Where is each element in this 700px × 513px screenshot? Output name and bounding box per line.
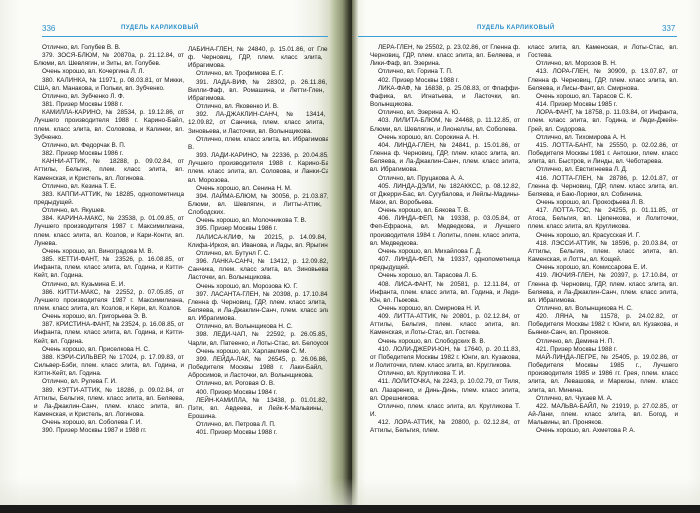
entry-paragraph: 411. ЛОЛИТОЧКА, № 2243, р. 10.02.79, от …	[370, 378, 520, 402]
entry-paragraph: Отлично, вл. Зубченко Л. Ф.	[34, 93, 184, 101]
entry-paragraph: Отлично, вл. Пруцакова А. А.	[370, 175, 520, 183]
entry-paragraph: МАЙ-ЛИНДА-ЛЕГРЕ, № 25405, р. 19.02.86, о…	[528, 354, 678, 395]
entry-paragraph: 397. ЛАСАНТА-ГЛЕН, № 20398, р. 17.10.84,…	[188, 291, 334, 324]
entry-paragraph: Очень хорошо, вл. Морозова Ю. Г.	[188, 283, 334, 291]
entry-paragraph: Отлично, вл. Демина Н. П.	[528, 338, 678, 346]
entry-paragraph: КАННИ-АТТИК, № 18288, р. 09.02.84, от Ат…	[34, 158, 184, 182]
entry-paragraph: 406. ЛИНДА-ФЕП, № 19338, р. 03.05.84, от…	[370, 215, 520, 248]
entry-paragraph: ЛАЛИСА-КЛИФ, № 20215, р. 14.09.84, от Кл…	[188, 234, 334, 250]
entry-paragraph: КАМИЛЛА-КАРИНО, № 28534, р. 19.12.86, от…	[34, 109, 184, 142]
left-running-header: 336 ПУДЕЛЬ КАРЛИКОВЫЙ	[0, 24, 334, 36]
entry-paragraph: 396. ЛАНКА-САНЧ, № 13412, р. 12.09.82, о…	[188, 258, 334, 282]
entry-paragraph: 412. ЛОРА-АТТИК, № 20800, р. 02.12.84, о…	[370, 419, 520, 435]
entry-paragraph: 392. ЛА-ДЖАКЛИН-САНЧ, № 13414, р. 12.09.…	[188, 111, 334, 135]
entry-paragraph: Очень хорошо, вл. Виноградова М. В.	[34, 248, 184, 256]
entry-paragraph: 387. КРИСТИНА-ФАНТ, № 23524, р. 16.08.85…	[34, 321, 184, 345]
entry-paragraph: Очень хорошо, вл. Приселкова Н. С.	[34, 346, 184, 354]
entry-paragraph: Очень хорошо, вл. Бякова Т. В.	[370, 207, 520, 215]
entry-paragraph: Отлично, вл. Морозов В. Н.	[528, 60, 678, 68]
entry-paragraph: 407. ЛИНДА-ФЕП, № 19337, однопометница п…	[370, 256, 520, 272]
entry-paragraph: Очень хорошо, вл. Сенина Н. М.	[188, 185, 334, 193]
entry-paragraph: ЛАБИНА-ГЛЕН, № 24840, р. 15.01.86, от Гл…	[188, 46, 334, 70]
book-gutter	[328, 0, 354, 505]
entry-paragraph: 408. ЛИСА-ФАНТ, № 20581, р. 12.11.84, от…	[370, 281, 520, 305]
entry-paragraph: ЛИКА-ФАФ, № 16838, р. 25.08.83, от Флафф…	[370, 85, 520, 109]
entry-paragraph: Отлично, вл. Волынщикова Н. С.	[528, 305, 678, 313]
entry-paragraph: 390. Призер Москвы 1987 и 1988 гг.	[34, 427, 184, 435]
entry-paragraph: 415. ЛОТТА-БАНТ, № 25550, р. 02.02.86, о…	[528, 142, 678, 166]
entry-paragraph: 379. ЗОСЯ-БЛЮМ, № 20870а, р. 21.12.84, о…	[34, 52, 184, 68]
entry-paragraph: Очень хорошо, вл. Кочергина Л. Л.	[34, 68, 184, 76]
entry-paragraph: Отлично, вл. Кузьмина Е. И.	[34, 281, 184, 289]
entry-paragraph: класс элита, вл. Каменская, и Лоты-Стас,…	[528, 44, 678, 60]
entry-paragraph: Очень хорошо, вл. Слободских В. В.	[370, 338, 520, 346]
entry-paragraph: Отлично, вл. Кругликова Т. И.	[370, 370, 520, 378]
entry-paragraph: Очень хорошо, вл. Михайлова Г. Д.	[370, 248, 520, 256]
entry-paragraph: ЛОРА-ФАНТ, № 18758, р. 11.03.84, от Инфа…	[528, 109, 678, 133]
book-spread: 336 ПУДЕЛЬ КАРЛИКОВЫЙ Отлично, вл. Голуб…	[0, 0, 700, 505]
entry-paragraph: Отлично, вл. Кезина Т. Е.	[34, 183, 184, 191]
left-page-column-1: Отлично, вл. Голубев В. В.379. ЗОСЯ-БЛЮМ…	[34, 44, 184, 436]
entry-paragraph: Отлично, вл. Роговая О. В.	[188, 380, 334, 388]
entry-paragraph: 417. ЛОТТА-ТОС, № 24255, р. 01.11.85, от…	[528, 207, 678, 231]
entry-paragraph: 414. Призер Москвы 1985 г.	[528, 101, 678, 109]
entry-paragraph: 398. ЛЕДИ-ЧАП, № 22592, р. 26.05.85, от …	[188, 331, 334, 347]
entry-paragraph: 405. ЛИНДА-ДЭЛИ, № 182АККСС, р. 08.12.82…	[370, 183, 520, 207]
entry-paragraph: Отлично, вл. Горина Т. П.	[370, 68, 520, 76]
entry-paragraph: 391. ЛАДА-ВИФ, № 28302, р. 26.11.86, от …	[188, 79, 334, 103]
entry-paragraph: 389. КЭТТИ-АТТИК, № 18286, р. 09.02.84, …	[34, 387, 184, 420]
entry-paragraph: Отлично, вл. Петрова Л. П.	[188, 421, 334, 429]
entry-paragraph: Очень хорошо, вл. Ахметова Р. А.	[528, 427, 678, 435]
entry-paragraph: 385. КЕТТИ-ФАНТ, № 23526, р. 16.08.85, о…	[34, 256, 184, 280]
entry-paragraph: 400. Призер Москвы 1984 г.	[188, 389, 334, 397]
entry-paragraph: Отлично, вл. Яковенко И. В.	[188, 103, 334, 111]
entry-paragraph: Отлично, вл. Эзерина А. Ю.	[370, 109, 520, 117]
entry-paragraph: 410. ЛОЛИ-ДЖЕРИ-ЮН, № 17640, р. 20.11.83…	[370, 346, 520, 370]
header-rule	[357, 36, 677, 37]
entry-paragraph: 409. ЛИТТА-АТТИК, № 20801, р. 02.12.84, …	[370, 313, 520, 337]
entry-paragraph: Очень хорошо, вл. Красусская И. Г.	[528, 232, 678, 240]
entry-paragraph: Очень хорошо, вл. Смирнова Н. И.	[370, 305, 520, 313]
entry-paragraph: Отлично, вл. Голубев В. В.	[34, 44, 184, 52]
entry-paragraph: 383. КАППИ-АТТИК, № 18285, однопометница…	[34, 191, 184, 207]
entry-paragraph: Очень хорошо, вл. Сорокина А. Н.	[370, 134, 520, 142]
entry-paragraph: Очень хорошо, вл. Тарасова Л. Б.	[370, 272, 520, 280]
page-number: 336	[42, 24, 55, 33]
page-bottom-shading	[0, 478, 700, 505]
entry-paragraph: 404. ЛИНДА-ГЛЕН, № 24841, р. 15.01.86, о…	[370, 142, 520, 175]
left-page: 336 ПУДЕЛЬ КАРЛИКОВЫЙ Отлично, вл. Голуб…	[0, 0, 334, 505]
entry-paragraph: 393. ЛАДИ-КАРИНО, № 22336, р. 20.04.85, …	[188, 152, 334, 185]
entry-paragraph: 422. МАЛЬВА-БАЙЛ, № 21919, р. 27.02.85, …	[528, 403, 678, 427]
entry-paragraph: Отлично, вл. Федорчак В. П.	[34, 142, 184, 150]
entry-paragraph: Отлично, плем. класс элита, вл. Круглико…	[370, 403, 520, 419]
entry-paragraph: 380. КАЛИНКА, № 11971, р. 08.03.81, от М…	[34, 77, 184, 93]
right-running-header: ПУДЕЛЬ КАРЛИКОВЫЙ 337	[352, 24, 700, 36]
right-page-column-1: ЛЕРА-ГЛЕН, № 25502, р. 23.02.86, от Глен…	[370, 44, 520, 436]
entry-paragraph: Отлично, плем. класс элита, вл. Ибрагимо…	[188, 136, 334, 152]
gutter-edge	[352, 0, 358, 505]
entry-paragraph: Очень хорошо, вл. Прокофьева Л. В.	[528, 199, 678, 207]
right-page-column-2: класс элита, вл. Каменская, и Лоты-Стас,…	[528, 44, 678, 436]
entry-paragraph: 394. ЛАЙМА-БЛЮМ, № 30056, р. 21.03.87, о…	[188, 193, 334, 217]
entry-paragraph: Отлично, вл. Волынщикова Н. С.	[188, 323, 334, 331]
entry-paragraph: 395. Призер Москвы 1986 г.	[188, 225, 334, 233]
entry-paragraph: 401. Призер Москвы 1988 г.	[188, 429, 334, 437]
entry-paragraph: Отлично, вл. Трофимова Е. Г.	[188, 70, 334, 78]
entry-paragraph: 413. ЛОРА-ГЛЕН, № 30909, р. 13.07.87, от…	[528, 68, 678, 92]
entry-paragraph: 420. ЛЯНА, № 11578, р. 24.02.82, от Побе…	[528, 313, 678, 337]
entry-paragraph: Отлично, вл. Бутунл Г. С.	[188, 250, 334, 258]
entry-paragraph: 382. Призер Москвы 1986 г.	[34, 150, 184, 158]
entry-paragraph: 384. КАРИНА-МАКС, № 23538, р. 01.09.85, …	[34, 215, 184, 248]
entry-paragraph: Отлично, вл. Рулева Г. И.	[34, 378, 184, 386]
entry-paragraph: 419. ЛЮЧИЯ-ГЛЕН, № 20397, р. 17.10.84, о…	[528, 272, 678, 305]
entry-paragraph: Отлично, вл. Чукаев М. А.	[528, 395, 678, 403]
entry-paragraph: 403. ЛИЛИТА-БЛЮМ, № 24468, р. 11.12.85, …	[370, 117, 520, 133]
entry-paragraph: 386. КИТТИ-МАКС, № 22552, р. 07.05.85, о…	[34, 289, 184, 313]
entry-paragraph: ЛЕЙН-КАМИЛЛА, № 13438, р. 01.01.82, от П…	[188, 397, 334, 421]
right-page: ПУДЕЛЬ КАРЛИКОВЫЙ 337 ЛЕРА-ГЛЕН, № 25502…	[352, 0, 700, 505]
entry-paragraph: Отлично, вл. Евстигнеева Л. Д.	[528, 166, 678, 174]
entry-paragraph: Очень хорошо, вл. Комиссарова Е. И.	[528, 264, 678, 272]
header-rule	[42, 36, 332, 37]
entry-paragraph: Очень хорошо, вл. Григорьева Э. В.	[34, 313, 184, 321]
entry-paragraph: 381. Призер Москвы 1988 г.	[34, 101, 184, 109]
entry-paragraph: Отлично, вл. Якушев.	[34, 207, 184, 215]
entry-paragraph: 399. ЛЕЙДА-ЛАК, № 26545, р. 26.06.86, от…	[188, 356, 334, 380]
entry-paragraph: 402. Призер Москвы 1988 г.	[370, 77, 520, 85]
entry-paragraph: Очень хорошо, вл. Харламлиев С. М.	[188, 348, 334, 356]
entry-paragraph: 421. Призер Москвы 1988 г.	[528, 346, 678, 354]
entry-paragraph: Очень хорошо, вл. Соболева Г. И.	[34, 419, 184, 427]
running-head-title: ПУДЕЛЬ КАРЛИКОВЫЙ	[121, 25, 199, 31]
left-page-column-2: ЛАБИНА-ГЛЕН, № 24840, р. 15.01.86, от Гл…	[188, 46, 334, 438]
entry-paragraph: 418. ЛЭССИ-АТТИК, № 18596, р. 20.03.84, …	[528, 240, 678, 264]
entry-paragraph: Очень хорошо, вл. Молочникова Т. В.	[188, 217, 334, 225]
entry-paragraph: Отлично, вл. Тихомирова А. Н.	[528, 134, 678, 142]
entry-paragraph: ЛЕРА-ГЛЕН, № 25502, р. 23.02.86, от Глен…	[370, 44, 520, 68]
entry-paragraph: Очень хорошо, вл. Тарасов С. К.	[528, 93, 678, 101]
running-head-title: ПУДЕЛЬ КАРЛИКОВЫЙ	[477, 25, 555, 31]
entry-paragraph: 388. КЭРИ-СИЛЬВЕР, № 17024, р. 17.09.83,…	[34, 354, 184, 378]
entry-paragraph: 416. ЛОТТА-ГЛЕН, № 28786, р. 12.01.87, о…	[528, 175, 678, 199]
page-number: 337	[662, 24, 675, 33]
